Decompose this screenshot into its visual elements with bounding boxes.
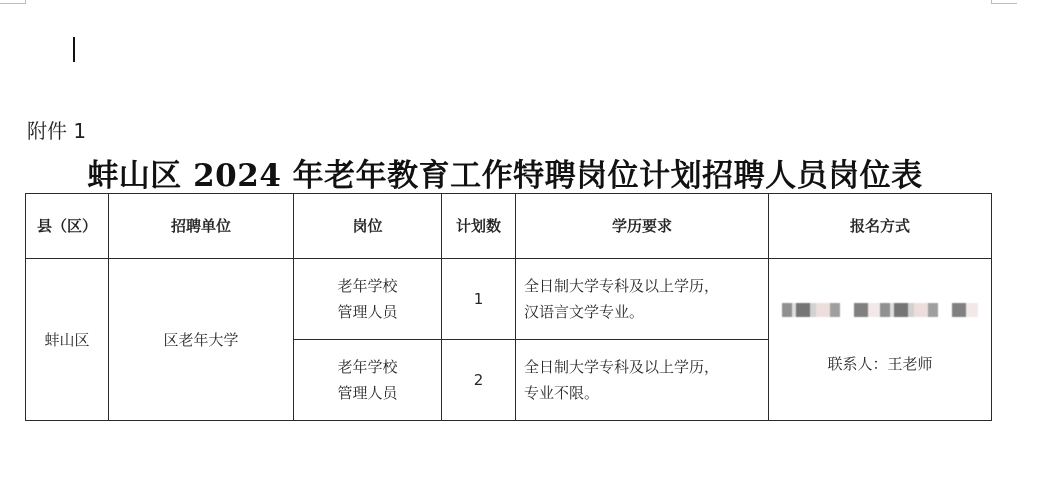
document-title: 蚌山区 2024 年老年教育工作特聘岗位计划招聘人员岗位表 <box>0 150 1010 195</box>
header-count: 计划数 <box>442 194 516 259</box>
cell-position: 老年学校 管理人员 <box>294 340 442 421</box>
page-corner-mark-right <box>991 0 1017 4</box>
header-county: 县（区） <box>26 194 109 259</box>
redacted-phone-number <box>782 303 978 317</box>
position-line-2: 管理人员 <box>294 380 441 406</box>
cell-registration: 联系人：王老师 <box>769 259 992 421</box>
page-corner-mark-left <box>0 0 26 4</box>
header-position: 岗位 <box>294 194 442 259</box>
contact-person: 联系人：王老师 <box>769 351 991 377</box>
table-header-row: 县（区） 招聘单位 岗位 计划数 学历要求 报名方式 <box>26 194 992 259</box>
education-line-1: 全日制大学专科及以上学历， <box>524 273 768 299</box>
education-line-1: 全日制大学专科及以上学历， <box>524 354 768 380</box>
position-line-1: 老年学校 <box>294 273 441 299</box>
table-row: 蚌山区 区老年大学 老年学校 管理人员 1 全日制大学专科及以上学历， 汉语言文… <box>26 259 992 340</box>
recruitment-table: 县（区） 招聘单位 岗位 计划数 学历要求 报名方式 蚌山区 区老年大学 老年学… <box>25 193 992 421</box>
cell-count: 2 <box>442 340 516 421</box>
cell-position: 老年学校 管理人员 <box>294 259 442 340</box>
position-line-1: 老年学校 <box>294 354 441 380</box>
header-education: 学历要求 <box>516 194 769 259</box>
attachment-label: 附件 1 <box>27 115 86 144</box>
header-unit: 招聘单位 <box>109 194 294 259</box>
position-line-2: 管理人员 <box>294 299 441 325</box>
cell-education: 全日制大学专科及以上学历， 专业不限。 <box>516 340 769 421</box>
cell-count: 1 <box>442 259 516 340</box>
education-line-2: 汉语言文学专业。 <box>524 299 768 325</box>
education-line-2: 专业不限。 <box>524 380 768 406</box>
cell-unit: 区老年大学 <box>109 259 294 421</box>
header-registration: 报名方式 <box>769 194 992 259</box>
text-cursor <box>73 37 75 62</box>
cell-county: 蚌山区 <box>26 259 109 421</box>
cell-education: 全日制大学专科及以上学历， 汉语言文学专业。 <box>516 259 769 340</box>
